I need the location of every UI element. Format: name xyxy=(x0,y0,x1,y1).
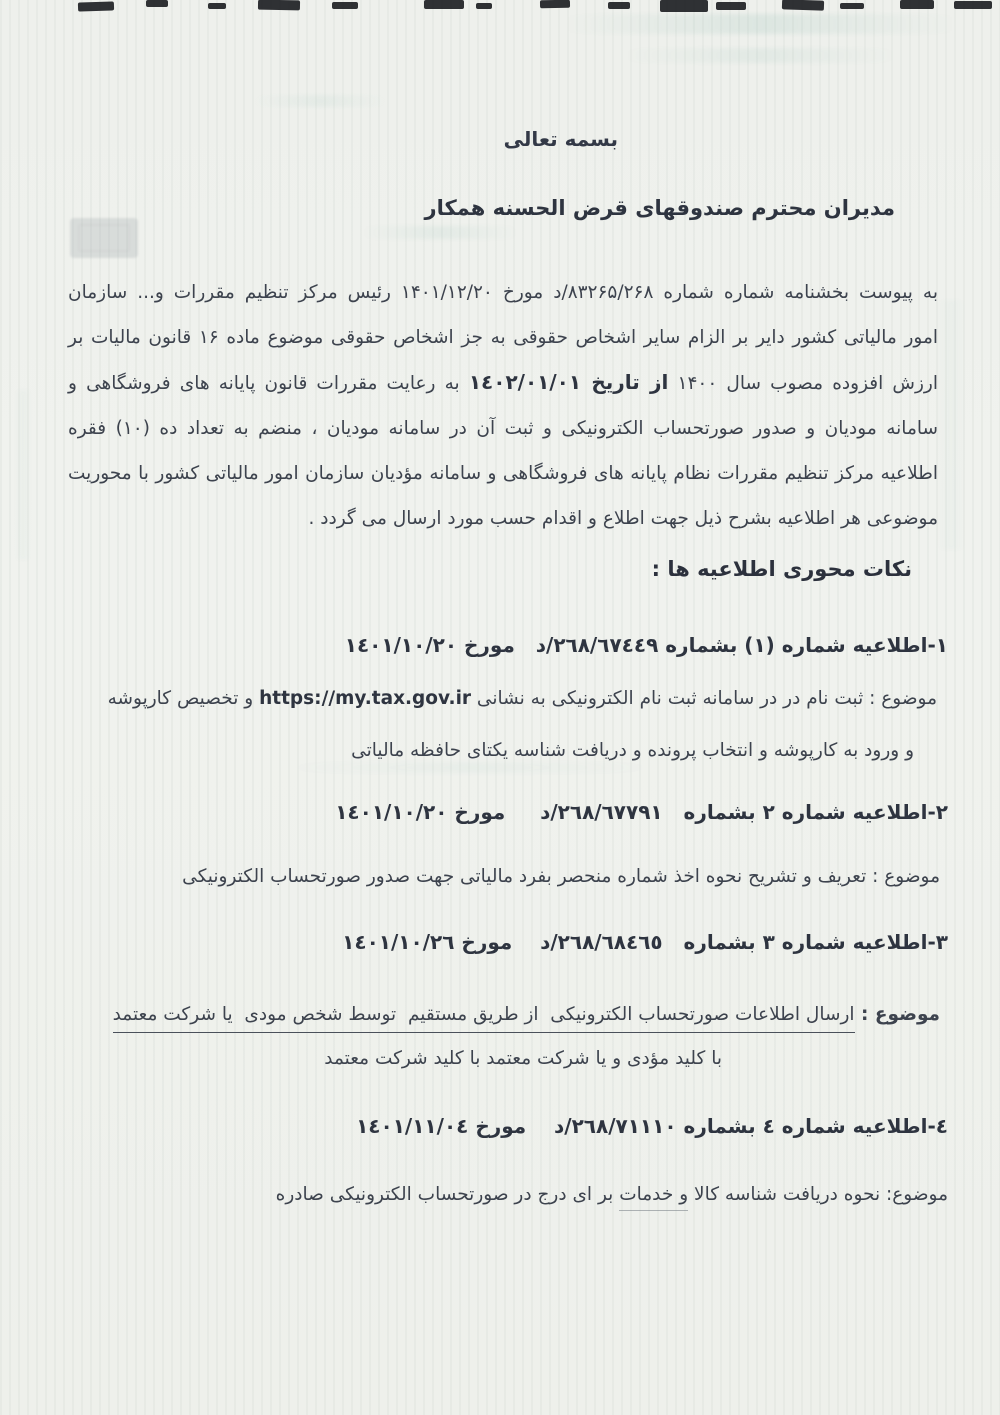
scanner-edge-mark xyxy=(954,1,992,9)
notice-4-subject-underlined: و خدمات xyxy=(619,1184,688,1211)
bleed-through-artifact xyxy=(280,762,660,773)
notice-3-subject: موضوع : ارسال اطلاعات صورتحساب الکترونیک… xyxy=(113,1004,940,1025)
notice-3-subject-label: موضوع : xyxy=(855,1004,940,1025)
intro-paragraph: به پیوست بخشنامه شماره شماره ۸۳۲۶۵/۲۶۸/د… xyxy=(68,270,938,541)
intro-line-4: سامانه مودیان و صدور صورتحساب الکترونیکی… xyxy=(68,406,938,451)
effective-date-bold: از تاریخ ١٤٠٢/٠١/٠١ xyxy=(469,370,669,394)
notice-4-subject-pre: موضوع: نحوه دریافت شناسه کالا xyxy=(688,1184,948,1205)
scanner-edge-mark xyxy=(146,0,168,7)
notice-1-subject-pre: موضوع : ثبت نام در در سامانه ثبت نام الک… xyxy=(471,688,937,709)
notice-4-subject: موضوع: نحوه دریافت شناسه کالا و خدمات بر… xyxy=(276,1184,948,1205)
scanner-edge-mark xyxy=(78,1,114,11)
intro-line-3-post: به رعایت مقررات قانون پایانه های فروشگاه… xyxy=(68,373,469,394)
scanner-edge-mark xyxy=(258,0,300,10)
intro-line-6: موضوعی هر اطلاعیه بشرح ذیل جهت اطلاع و ا… xyxy=(68,496,938,541)
tax-portal-url: https://my.tax.gov.ir xyxy=(259,688,471,709)
notice-2-heading: ۲-اطلاعیه شماره ۲ بشماره ٢٦٨/٦٧٧٩١/د مور… xyxy=(335,800,948,824)
scanner-edge-mark xyxy=(476,3,492,9)
bismillah-heading: بسمه تعالی xyxy=(504,127,618,151)
notice-1-subject-post: و تخصیص کارپوشه xyxy=(108,688,259,709)
scanner-edge-mark xyxy=(608,2,630,9)
scanner-edge-mark xyxy=(900,0,934,9)
addressee-heading: مدیران محترم صندوقهای قرض الحسنه همکار xyxy=(424,196,895,220)
scanner-edge-mark xyxy=(840,3,864,9)
scanner-edge-mark xyxy=(540,0,570,8)
notice-2-subject: موضوع : تعریف و تشریح نحوه اخذ شماره منح… xyxy=(182,866,940,887)
intro-line-1: به پیوست بخشنامه شماره شماره ۸۳۲۶۵/۲۶۸/د… xyxy=(68,270,938,315)
bleed-through-artifact xyxy=(560,14,960,34)
notice-3-subject-underlined: ارسال اطلاعات صورتحساب الکترونیکی از طری… xyxy=(113,1004,855,1033)
scanner-edge-mark xyxy=(660,0,708,12)
scanner-edge-mark xyxy=(332,2,358,9)
bleed-through-artifact xyxy=(360,226,520,239)
bleed-through-artifact xyxy=(936,300,966,550)
bleed-through-artifact xyxy=(250,95,390,107)
intro-line-3-pre: ارزش افزوده مصوب سال ۱۴۰۰ xyxy=(668,373,938,394)
notice-4-heading: ٤-اطلاعیه شماره ٤ بشماره ٢٦٨/٧١١١٠/د مور… xyxy=(356,1114,948,1138)
bleed-through-artifact xyxy=(620,48,900,63)
intro-line-2: امور مالیاتی کشور دایر بر الزام سایر اشخ… xyxy=(68,315,938,360)
notice-3-heading: ۳-اطلاعیه شماره ۳ بشماره ٢٦٨/٦٨٤٦٥/د مور… xyxy=(342,930,948,954)
scanned-letter-page: بسمه تعالی مدیران محترم صندوقهای قرض الح… xyxy=(0,0,1000,1415)
notice-1-subject: موضوع : ثبت نام در در سامانه ثبت نام الک… xyxy=(108,688,937,709)
notice-3-subject-line2: با کلید مؤدی و یا شرکت معتمد با کلید شرک… xyxy=(324,1048,722,1069)
faint-stamp-artifact xyxy=(70,218,138,258)
notice-1-heading: ۱-اطلاعیه شماره (۱) بشماره ٢٦٨/٦٧٤٤٩/د م… xyxy=(345,633,948,657)
bleed-through-artifact xyxy=(14,390,32,560)
intro-line-3: ارزش افزوده مصوب سال ۱۴۰۰ از تاریخ ١٤٠٢/… xyxy=(68,360,938,406)
section-heading: نکات محوری اطلاعیه ها : xyxy=(652,557,912,581)
scanner-edge-mark xyxy=(782,0,824,11)
intro-line-5: اطلاعیه مرکز تنظیم مقررات نظام پایانه ها… xyxy=(68,451,938,496)
notice-4-subject-post: بر ای درج در صورتحساب الکترونیکی صادره xyxy=(276,1184,620,1205)
notice-1-subject-line2: و ورود به کارپوشه و انتخاب پرونده و دریا… xyxy=(351,740,914,761)
scanner-edge-mark xyxy=(208,3,226,9)
scanner-edge-mark xyxy=(716,2,746,10)
scanner-edge-mark xyxy=(424,0,464,9)
